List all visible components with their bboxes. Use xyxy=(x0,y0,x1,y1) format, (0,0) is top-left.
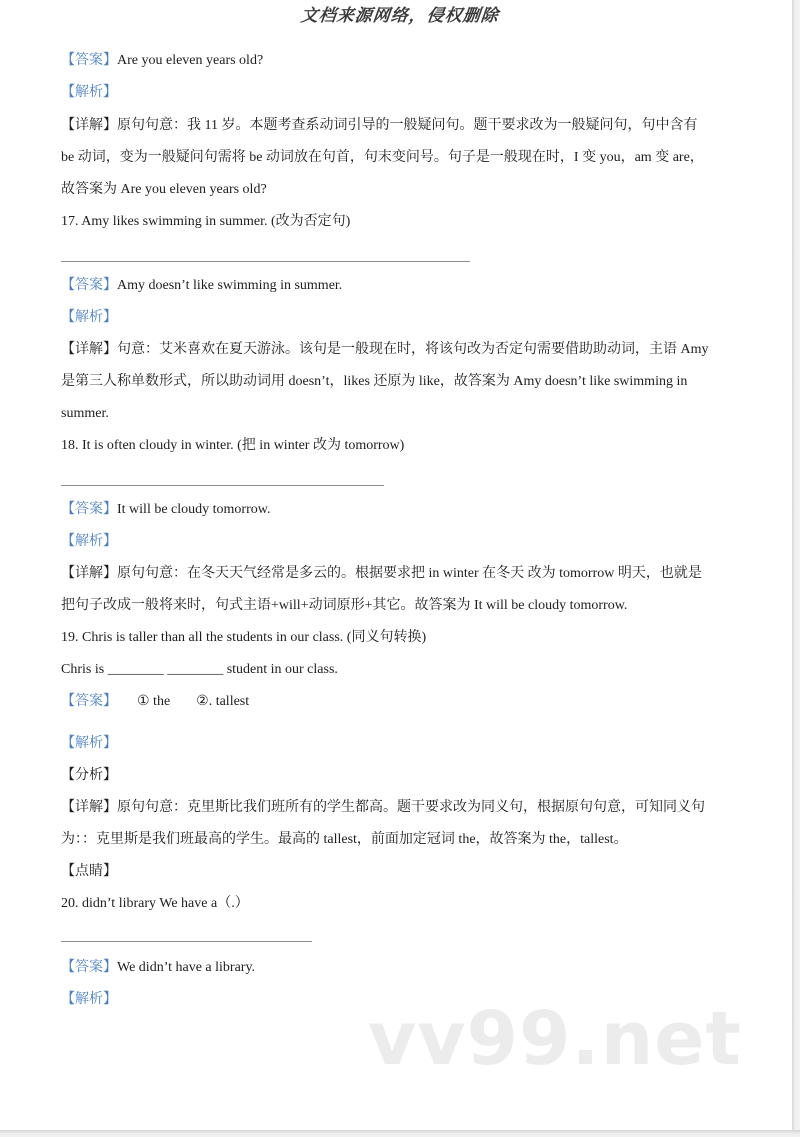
q17-detail-line-1: 【详解】句意：艾米喜欢在夏天游泳。该句是一般现在时，将该句改为否定句需要借助助动… xyxy=(61,341,709,359)
q17-answer: Amy doesn’t like swimming in summer. xyxy=(117,278,342,293)
fill-suffix: student in our class. xyxy=(227,662,338,677)
detail-label: 【详解】 xyxy=(61,342,117,357)
dianjing-label: 【点睛】 xyxy=(61,864,117,879)
detail-text: 句意：艾米喜欢在夏天游泳。该句是一般现在时，将该句改为否定句需要借助助动词，主语… xyxy=(117,342,709,357)
q20-answer-line: 【答案】We didn’t have a library. xyxy=(61,959,255,977)
q17-answer-rule xyxy=(61,261,470,262)
detail-text: 原句句意：克里斯比我们班所有的学生都高。题干要求改为同义句，根据原句句意，可知同… xyxy=(117,800,705,815)
answer-label: 【答案】 xyxy=(61,502,117,517)
q19-answer-2: ②. tallest xyxy=(196,694,249,709)
detail-label: 【详解】 xyxy=(61,566,117,581)
q18-analysis-line: 【解析】 xyxy=(61,533,117,551)
q18-detail-line-1: 【详解】原句句意：在冬天天气经常是多云的。根据要求把 in winter 在冬天… xyxy=(61,565,702,583)
q17-answer-line: 【答案】Amy doesn’t like swimming in summer. xyxy=(61,277,342,295)
q19-question: 19. Chris is taller than all the student… xyxy=(61,629,426,647)
q19-answer-line: 【答案】① the②. tallest xyxy=(61,693,249,711)
q19-analysis-line: 【解析】 xyxy=(61,735,117,753)
q18-answer-line: 【答案】It will be cloudy tomorrow. xyxy=(61,501,270,519)
q20-answer-rule xyxy=(61,941,312,942)
detail-text: 原句句意：在冬天天气经常是多云的。根据要求把 in winter 在冬天 改为 … xyxy=(117,566,702,581)
answer-label: 【答案】 xyxy=(61,53,117,68)
q18-question: 18. It is often cloudy in winter. (把 in … xyxy=(61,437,404,455)
detail-label: 【详解】 xyxy=(61,800,117,815)
q19-fill-line: Chris is ________ ________ student in ou… xyxy=(61,661,338,679)
fill-prefix: Chris is xyxy=(61,662,104,677)
fill-blanks: ________ ________ xyxy=(108,662,224,677)
answer-label: 【答案】 xyxy=(61,960,117,975)
document-page: 文档来源网络，侵权删除 【答案】Are you eleven years old… xyxy=(0,0,792,1130)
fenxi-label: 【分析】 xyxy=(61,768,117,783)
detail-text: 原句句意：我 11 岁。本题考查系动词引导的一般疑问句。题干要求改为一般疑问句，… xyxy=(117,118,697,133)
q18-answer-rule xyxy=(61,485,384,486)
q16-detail-line-3: 故答案为 Are you eleven years old? xyxy=(61,181,267,199)
q19-dianjing-line: 【点睛】 xyxy=(61,863,117,881)
q19-detail-line-2: 为：：克里斯是我们班最高的学生。最高的 tallest，前面加定冠词 the，故… xyxy=(61,831,628,849)
page-edge-right xyxy=(792,0,800,1137)
q20-analysis-line: 【解析】 xyxy=(61,991,117,1009)
q17-detail-line-3: summer. xyxy=(61,405,109,423)
answer-label: 【答案】 xyxy=(61,278,117,293)
q16-answer: Are you eleven years old? xyxy=(117,53,263,68)
watermark: vv99.net xyxy=(368,996,742,1082)
q19-fenxi-line: 【分析】 xyxy=(61,767,117,785)
q17-analysis-line: 【解析】 xyxy=(61,309,117,327)
q20-question: 20. didn’t library We have a（.） xyxy=(61,895,249,913)
q17-question: 17. Amy likes swimming in summer. (改为否定句… xyxy=(61,213,350,231)
page-header: 文档来源网络，侵权删除 xyxy=(0,1,800,26)
q18-answer: It will be cloudy tomorrow. xyxy=(117,502,270,517)
analysis-label: 【解析】 xyxy=(61,85,117,100)
detail-label: 【详解】 xyxy=(61,118,117,133)
analysis-label: 【解析】 xyxy=(61,992,117,1007)
q19-answer-1: ① the xyxy=(137,694,170,709)
analysis-label: 【解析】 xyxy=(61,736,117,751)
page-edge-bottom xyxy=(0,1130,800,1137)
q16-detail-line-2: be 动词，变为一般疑问句需将 be 动词放在句首，句末变问号。句子是一般现在时… xyxy=(61,149,704,167)
analysis-label: 【解析】 xyxy=(61,534,117,549)
q16-analysis-line: 【解析】 xyxy=(61,84,117,102)
q16-detail-line-1: 【详解】原句句意：我 11 岁。本题考查系动词引导的一般疑问句。题干要求改为一般… xyxy=(61,117,697,135)
answer-label: 【答案】 xyxy=(61,694,117,709)
q18-detail-line-2: 把句子改成一般将来时，句式主语+will+动词原形+其它。故答案为 It wil… xyxy=(61,597,627,615)
q16-answer-line: 【答案】Are you eleven years old? xyxy=(61,52,263,70)
q17-detail-line-2: 是第三人称单数形式，所以助动词用 doesn’t，likes 还原为 like，… xyxy=(61,373,687,391)
analysis-label: 【解析】 xyxy=(61,310,117,325)
q20-answer: We didn’t have a library. xyxy=(117,960,255,975)
q19-detail-line-1: 【详解】原句句意：克里斯比我们班所有的学生都高。题干要求改为同义句，根据原句句意… xyxy=(61,799,705,817)
